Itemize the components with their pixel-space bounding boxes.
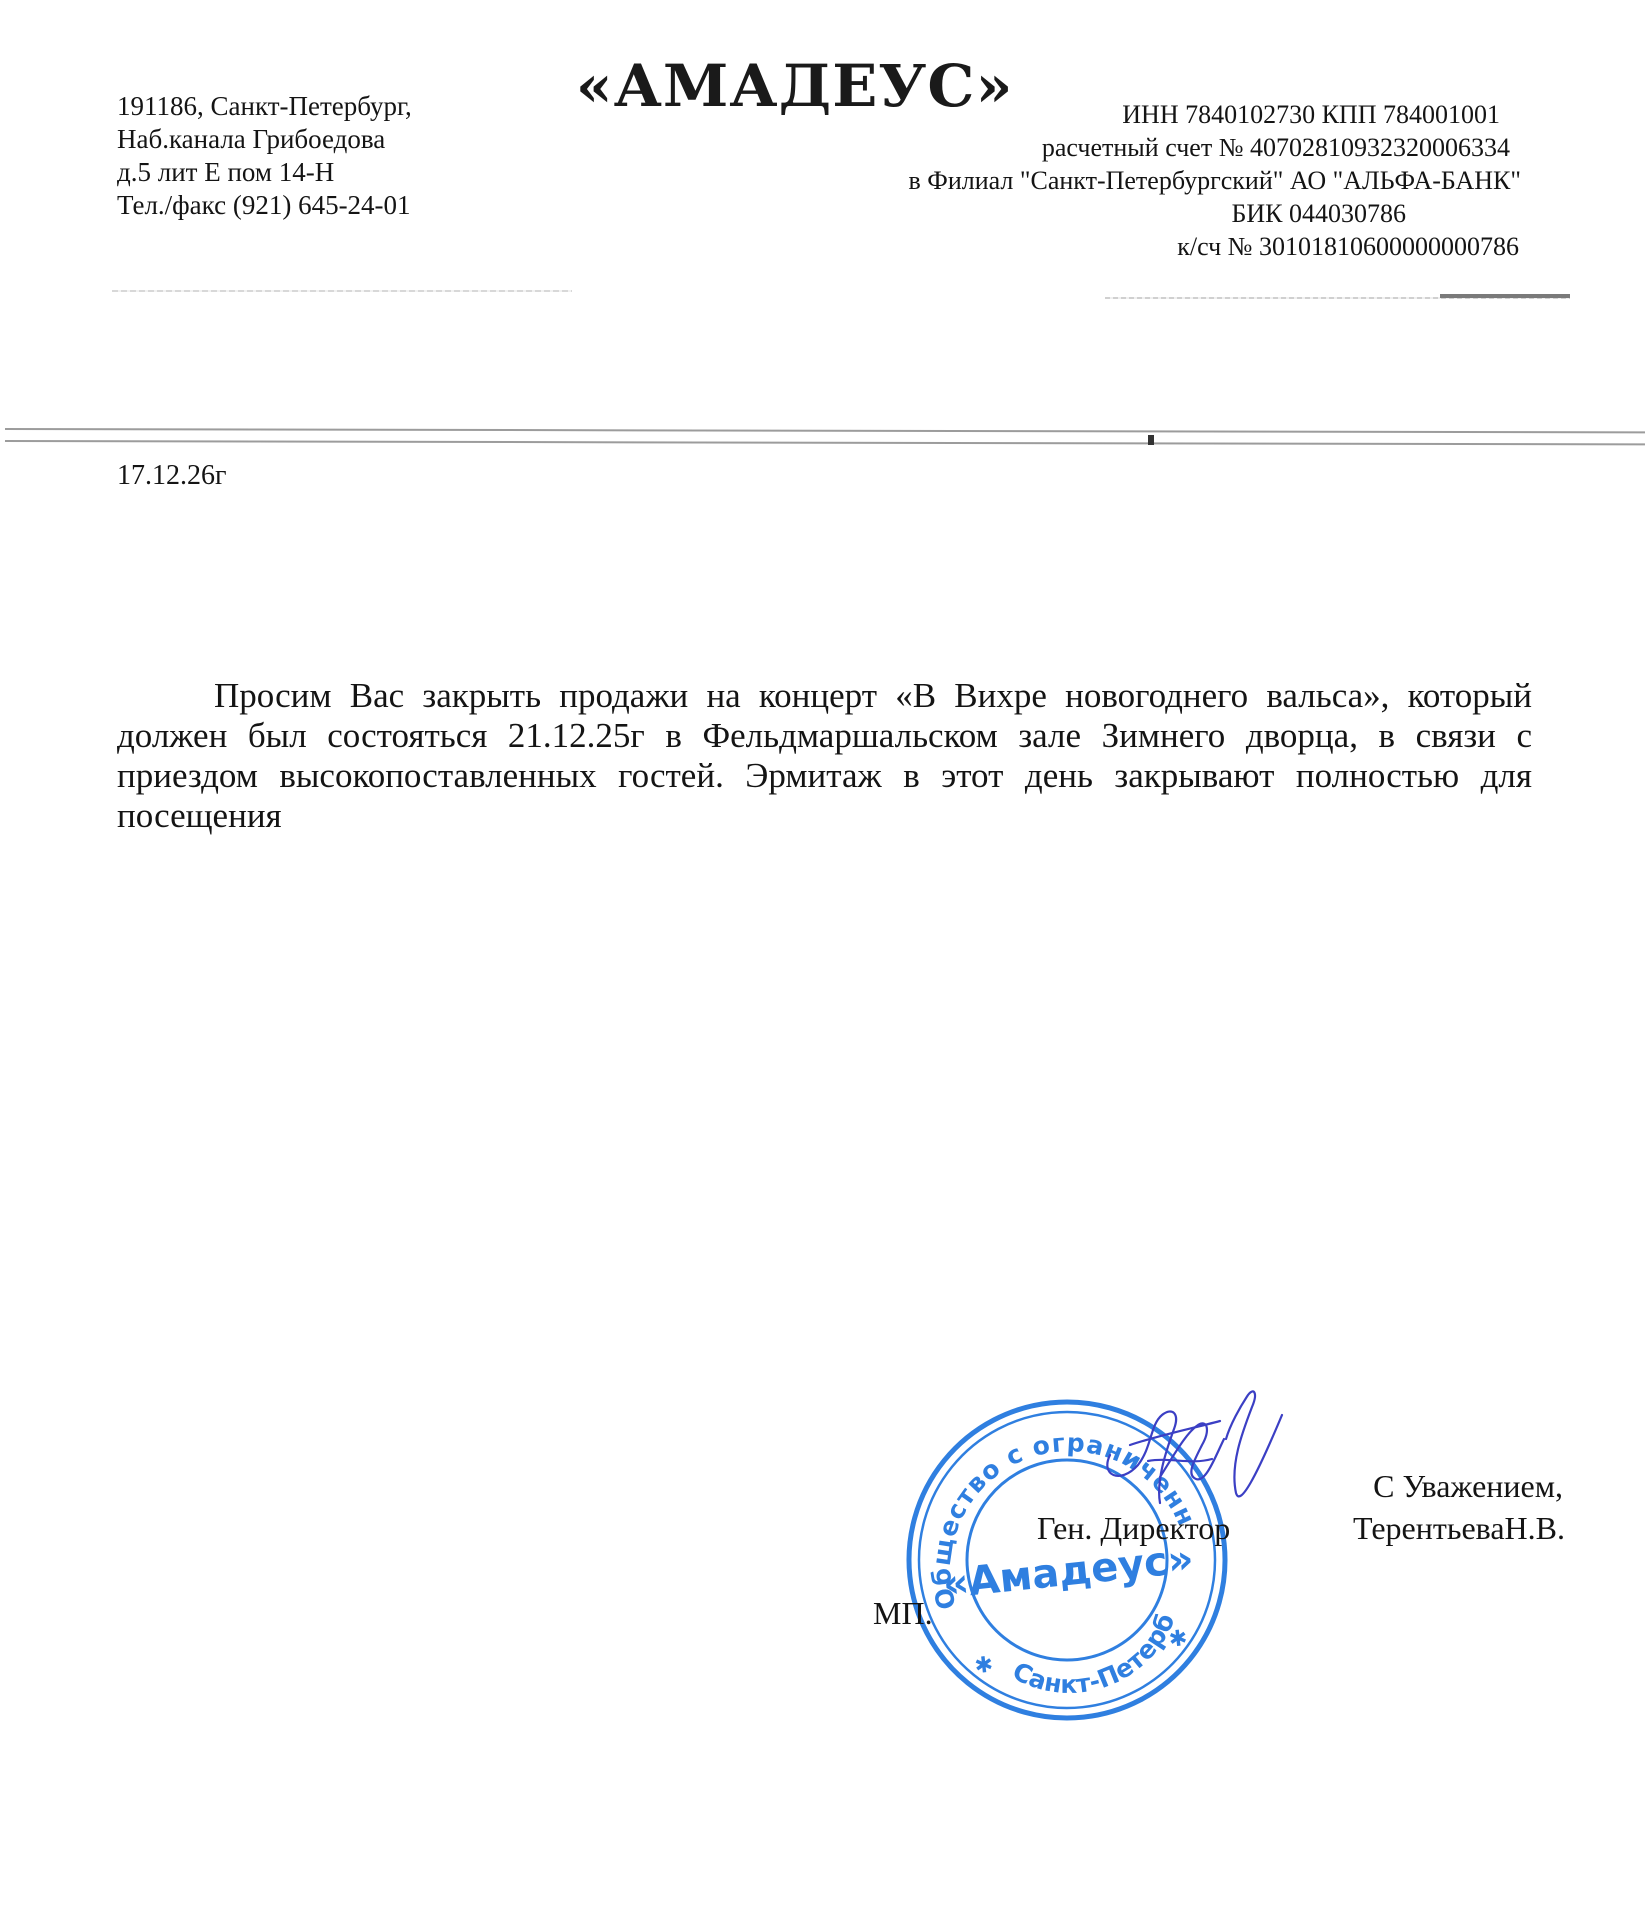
- seal-placeholder-label: МП.: [873, 1595, 933, 1632]
- inn-kpp-line: ИНН 7840102730 КПП 784001001: [823, 98, 1583, 131]
- letter-date: 17.12.26г: [117, 460, 226, 492]
- handwritten-signature-icon: [1090, 1385, 1290, 1525]
- phone-fax-line: Тел./факс (921) 645-24-01: [117, 189, 412, 222]
- seal-star-icon: ✱: [973, 1652, 994, 1679]
- bank-requisites: ИНН 7840102730 КПП 784001001 расчетный с…: [823, 98, 1583, 263]
- bik-line: БИК 044030786: [823, 197, 1583, 230]
- letter-body: Просим Вас закрыть продажи на концерт «В…: [117, 676, 1532, 836]
- address-line: 191186, Санкт-Петербург,: [117, 90, 412, 123]
- address-line: Наб.канала Грибоедова: [117, 123, 412, 156]
- signatory-name: ТерентьеваН.В.: [1353, 1510, 1565, 1547]
- bank-line: в Филиал "Санкт-Петербургский" АО "АЛЬФА…: [823, 164, 1583, 197]
- divider-mark: [1148, 435, 1154, 445]
- account-line: расчетный счет № 40702810932320006334: [823, 131, 1583, 164]
- header-rule-left: [112, 290, 572, 292]
- correspondent-account-line: к/сч № 30101810600000000786: [823, 230, 1583, 263]
- signatory-position: Ген. Директор: [1037, 1510, 1230, 1547]
- address-line: д.5 лит Е пом 14-Н: [117, 156, 412, 189]
- letterhead-divider: [5, 428, 1645, 445]
- company-address: 191186, Санкт-Петербург, Наб.канала Гриб…: [117, 90, 412, 222]
- seal-star-icon: ✱: [1168, 1626, 1189, 1653]
- header-rule-accent: [1440, 294, 1570, 298]
- closing-regards: С Уважением,: [1373, 1468, 1563, 1505]
